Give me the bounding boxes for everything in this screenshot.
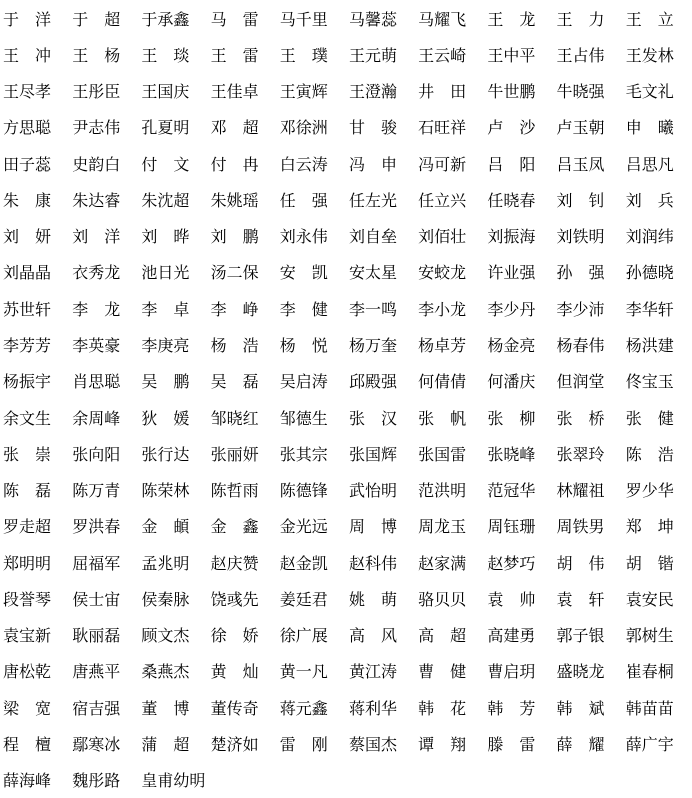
name-cell: 袁 帅 — [487, 587, 556, 610]
name-cell: 史韵白 — [72, 152, 141, 175]
name-cell: 金 鑫 — [211, 514, 280, 537]
name-cell: 刘 钊 — [557, 188, 626, 211]
name-cell: 蒲 超 — [141, 732, 210, 755]
name-cell: 井 田 — [418, 79, 487, 102]
name-cell: 赵科伟 — [349, 551, 418, 574]
name-cell: 张国辉 — [349, 442, 418, 465]
name-cell: 牛晓强 — [557, 79, 626, 102]
name-cell: 黄 灿 — [211, 659, 280, 682]
name-cell: 卢 沙 — [487, 115, 556, 138]
name-cell: 王 冲 — [3, 43, 72, 66]
name-cell: 郑明明 — [3, 551, 72, 574]
name-cell: 王占伟 — [557, 43, 626, 66]
name-cell: 冯可新 — [418, 152, 487, 175]
name-cell: 李一鸣 — [349, 297, 418, 320]
name-cell: 安蛟龙 — [418, 260, 487, 283]
name-cell: 胡 伟 — [557, 551, 626, 574]
name-cell: 刘 晔 — [141, 224, 210, 247]
name-cell: 唐燕平 — [72, 659, 141, 682]
name-cell: 余周峰 — [72, 406, 141, 429]
name-cell: 徐 娇 — [211, 623, 280, 646]
name-cell: 陈荣林 — [141, 478, 210, 501]
name-cell: 王 龙 — [487, 7, 556, 30]
name-cell: 赵庆赞 — [211, 551, 280, 574]
name-cell: 刘自垒 — [349, 224, 418, 247]
name-cell: 顾文杰 — [141, 623, 210, 646]
name-cell: 刘佰壮 — [418, 224, 487, 247]
name-cell: 任立兴 — [418, 188, 487, 211]
name-cell: 李少丹 — [487, 297, 556, 320]
name-cell: 张向阳 — [72, 442, 141, 465]
name-cell: 金光远 — [280, 514, 349, 537]
name-cell: 马 雷 — [211, 7, 280, 30]
name-cell: 高 超 — [418, 623, 487, 646]
name-cell: 申 曦 — [626, 115, 692, 138]
name-cell: 周龙玉 — [418, 514, 487, 537]
name-cell: 邹德生 — [280, 406, 349, 429]
name-cell: 程 檀 — [3, 732, 72, 755]
name-cell: 但润堂 — [557, 369, 626, 392]
name-cell: 周铁男 — [557, 514, 626, 537]
name-cell: 杨振宇 — [3, 369, 72, 392]
name-cell: 李小龙 — [418, 297, 487, 320]
name-cell: 周 博 — [349, 514, 418, 537]
name-cell: 高建勇 — [487, 623, 556, 646]
name-cell: 汤二保 — [211, 260, 280, 283]
name-cell: 梁 宽 — [3, 696, 72, 719]
name-cell: 皇甫幼明 — [141, 768, 210, 791]
name-cell: 刘铁明 — [557, 224, 626, 247]
name-cell: 周钰珊 — [487, 514, 556, 537]
name-cell: 王 璞 — [280, 43, 349, 66]
name-cell: 王寅辉 — [280, 79, 349, 102]
name-cell: 段誉琴 — [3, 587, 72, 610]
name-cell: 方思聪 — [3, 115, 72, 138]
name-cell: 刘振海 — [487, 224, 556, 247]
name-row: 苏世轩李 龙李 卓李 峥李 健李一鸣李小龙李少丹李少沛李华轩 — [3, 290, 692, 326]
name-cell: 袁 轩 — [557, 587, 626, 610]
name-cell: 田子蕊 — [3, 152, 72, 175]
name-row: 杨振宇肖思聪吴 鹏吴 磊吴启涛邱殿强何倩倩何潘庆但润堂佟宝玉 — [3, 363, 692, 399]
name-cell: 孟兆明 — [141, 551, 210, 574]
name-cell: 衣秀龙 — [72, 260, 141, 283]
name-cell: 马千里 — [280, 7, 349, 30]
name-row: 唐松乾唐燕平桑燕杰黄 灿黄一凡黄江涛曹 健曹启玥盛晓龙崔春桐 — [3, 653, 692, 689]
name-cell: 范冠华 — [487, 478, 556, 501]
name-cell: 姜廷君 — [280, 587, 349, 610]
name-cell: 任左光 — [349, 188, 418, 211]
name-cell: 赵金凯 — [280, 551, 349, 574]
name-row: 郑明明屈福军孟兆明赵庆赞赵金凯赵科伟赵家满赵梦巧胡 伟胡 锴 — [3, 544, 692, 580]
name-cell: 李英豪 — [72, 333, 141, 356]
name-cell: 韩苗苗 — [626, 696, 692, 719]
name-cell: 陈哲雨 — [211, 478, 280, 501]
name-cell: 孙 强 — [557, 260, 626, 283]
name-cell: 邹晓红 — [211, 406, 280, 429]
name-cell: 郭树生 — [626, 623, 692, 646]
name-row: 方思聪尹志伟孔夏明邓 超邓徐洲甘 骏石旺祥卢 沙卢玉朝申 曦 — [3, 109, 692, 145]
name-cell: 王 琰 — [141, 43, 210, 66]
name-cell: 滕 雷 — [487, 732, 556, 755]
name-cell: 罗走超 — [3, 514, 72, 537]
name-cell: 郑 坤 — [626, 514, 692, 537]
name-cell: 唐松乾 — [3, 659, 72, 682]
name-cell: 王尽孝 — [3, 79, 72, 102]
name-cell: 孔夏明 — [141, 115, 210, 138]
name-cell: 李 峥 — [211, 297, 280, 320]
name-row: 朱 康朱达睿朱沈超朱姚瑶任 强任左光任立兴任晓春刘 钊刘 兵 — [3, 181, 692, 217]
name-cell: 韩 斌 — [557, 696, 626, 719]
name-cell: 赵家满 — [418, 551, 487, 574]
name-cell: 骆贝贝 — [418, 587, 487, 610]
name-cell: 于 洋 — [3, 7, 72, 30]
name-cell: 林耀祖 — [557, 478, 626, 501]
name-cell: 肖思聪 — [72, 369, 141, 392]
name-cell: 罗洪春 — [72, 514, 141, 537]
name-cell: 姚 萌 — [349, 587, 418, 610]
name-cell: 桑燕杰 — [141, 659, 210, 682]
name-cell: 马馨蕊 — [349, 7, 418, 30]
name-cell: 武怡明 — [349, 478, 418, 501]
name-cell: 刘 洋 — [72, 224, 141, 247]
name-cell: 楚济如 — [211, 732, 280, 755]
name-cell: 朱达睿 — [72, 188, 141, 211]
name-cell: 陈德锋 — [280, 478, 349, 501]
name-cell: 卢玉朝 — [557, 115, 626, 138]
name-cell: 魏彤路 — [72, 768, 141, 791]
name-row: 梁 宽宿吉强董 博董传奇蒋元鑫蒋利华韩 花韩 芳韩 斌韩苗苗 — [3, 689, 692, 725]
name-cell: 董 博 — [141, 696, 210, 719]
name-cell: 吴启涛 — [280, 369, 349, 392]
name-grid: 于 洋于 超于承鑫马 雷马千里马馨蕊马耀飞王 龙王 力王 立王 冲王 杨王 琰王… — [0, 0, 692, 798]
name-cell: 邓 超 — [211, 115, 280, 138]
name-cell: 刘 鹏 — [211, 224, 280, 247]
name-cell: 何倩倩 — [418, 369, 487, 392]
name-cell: 王彤臣 — [72, 79, 141, 102]
name-cell: 袁安民 — [626, 587, 692, 610]
name-cell: 付 冉 — [211, 152, 280, 175]
name-list-page: 于 洋于 超于承鑫马 雷马千里马馨蕊马耀飞王 龙王 力王 立王 冲王 杨王 琰王… — [0, 0, 692, 798]
name-row: 余文生余周峰狄 媛邹晓红邹德生张 汉张 帆张 柳张 桥张 健 — [3, 399, 692, 435]
name-cell: 狄 媛 — [141, 406, 210, 429]
name-cell: 黄江涛 — [349, 659, 418, 682]
name-cell: 张国雷 — [418, 442, 487, 465]
name-cell: 郭子银 — [557, 623, 626, 646]
name-cell: 李芳芳 — [3, 333, 72, 356]
name-row: 陈 磊陈万青陈荣林陈哲雨陈德锋武怡明范洪明范冠华林耀祖罗少华 — [3, 471, 692, 507]
name-cell: 李庚亮 — [141, 333, 210, 356]
name-cell: 刘晶晶 — [3, 260, 72, 283]
name-cell: 曹 健 — [418, 659, 487, 682]
name-cell: 于 超 — [72, 7, 141, 30]
name-cell: 徐广展 — [280, 623, 349, 646]
name-cell: 王 力 — [557, 7, 626, 30]
name-cell: 张丽妍 — [211, 442, 280, 465]
name-cell: 薛广宇 — [626, 732, 692, 755]
name-cell: 朱姚瑶 — [211, 188, 280, 211]
name-cell: 陈万青 — [72, 478, 141, 501]
name-cell: 张其宗 — [280, 442, 349, 465]
name-cell: 安太星 — [349, 260, 418, 283]
name-row: 袁宝新耿丽磊顾文杰徐 娇徐广展高 风高 超高建勇郭子银郭树生 — [3, 617, 692, 653]
name-cell: 张 帆 — [418, 406, 487, 429]
name-cell: 侯士宙 — [72, 587, 141, 610]
name-cell: 杨卓芳 — [418, 333, 487, 356]
name-cell: 张 健 — [626, 406, 692, 429]
name-cell: 李少沛 — [557, 297, 626, 320]
name-cell: 苏世轩 — [3, 297, 72, 320]
name-cell: 董传奇 — [211, 696, 280, 719]
name-cell: 蒋元鑫 — [280, 696, 349, 719]
name-cell: 朱 康 — [3, 188, 72, 211]
name-cell: 饶彧先 — [211, 587, 280, 610]
name-cell: 任 强 — [280, 188, 349, 211]
name-cell: 许业强 — [487, 260, 556, 283]
name-cell: 尹志伟 — [72, 115, 141, 138]
name-cell: 吴 鹏 — [141, 369, 210, 392]
name-cell: 吴 磊 — [211, 369, 280, 392]
name-cell: 王云崎 — [418, 43, 487, 66]
name-cell: 王 雷 — [211, 43, 280, 66]
name-cell: 王发林 — [626, 43, 692, 66]
name-cell: 王元萌 — [349, 43, 418, 66]
name-cell: 吕 阳 — [487, 152, 556, 175]
name-cell: 王国庆 — [141, 79, 210, 102]
name-cell: 范洪明 — [418, 478, 487, 501]
name-cell: 盛晓龙 — [557, 659, 626, 682]
name-cell: 雷 刚 — [280, 732, 349, 755]
name-row: 段誉琴侯士宙侯秦脉饶彧先姜廷君姚 萌骆贝贝袁 帅袁 轩袁安民 — [3, 580, 692, 616]
name-cell: 黄一凡 — [280, 659, 349, 682]
name-cell: 佟宝玉 — [626, 369, 692, 392]
name-cell: 韩 花 — [418, 696, 487, 719]
name-cell: 杨 悦 — [280, 333, 349, 356]
name-cell: 陈 浩 — [626, 442, 692, 465]
name-cell: 冯 申 — [349, 152, 418, 175]
name-cell: 张 崇 — [3, 442, 72, 465]
name-cell: 余文生 — [3, 406, 72, 429]
name-cell: 刘 兵 — [626, 188, 692, 211]
name-cell: 吕玉凤 — [557, 152, 626, 175]
name-cell: 侯秦脉 — [141, 587, 210, 610]
name-cell: 高 风 — [349, 623, 418, 646]
name-cell: 甘 骏 — [349, 115, 418, 138]
name-cell: 张翠玲 — [557, 442, 626, 465]
name-cell: 孙德晓 — [626, 260, 692, 283]
name-cell: 张 桥 — [557, 406, 626, 429]
name-row: 刘晶晶衣秀龙池日光汤二保安 凯安太星安蛟龙许业强孙 强孙德晓 — [3, 254, 692, 290]
name-cell: 安 凯 — [280, 260, 349, 283]
name-cell: 蔡国杰 — [349, 732, 418, 755]
name-cell: 池日光 — [141, 260, 210, 283]
name-cell: 王中平 — [487, 43, 556, 66]
name-cell: 杨 浩 — [211, 333, 280, 356]
name-cell: 邓徐洲 — [280, 115, 349, 138]
name-row: 程 檀鄢寒冰蒲 超楚济如雷 刚蔡国杰谭 翔滕 雷薛 耀薛广宇 — [3, 725, 692, 761]
name-cell: 王 立 — [626, 7, 692, 30]
name-cell: 王 杨 — [72, 43, 141, 66]
name-cell: 赵梦巧 — [487, 551, 556, 574]
name-row: 薛海峰魏彤路皇甫幼明 — [3, 762, 692, 798]
name-cell: 李 健 — [280, 297, 349, 320]
name-cell: 曹启玥 — [487, 659, 556, 682]
name-row: 田子蕊史韵白付 文付 冉白云涛冯 申冯可新吕 阳吕玉凤吕思凡 — [3, 145, 692, 181]
name-cell: 张行达 — [141, 442, 210, 465]
name-cell: 牛世鹏 — [487, 79, 556, 102]
name-cell: 白云涛 — [280, 152, 349, 175]
name-row: 王 冲王 杨王 琰王 雷王 璞王元萌王云崎王中平王占伟王发林 — [3, 36, 692, 72]
name-row: 刘 妍刘 洋刘 晔刘 鹏刘永伟刘自垒刘佰壮刘振海刘铁明刘润纬 — [3, 218, 692, 254]
name-row: 罗走超罗洪春金 頔金 鑫金光远周 博周龙玉周钰珊周铁男郑 坤 — [3, 508, 692, 544]
name-cell: 谭 翔 — [418, 732, 487, 755]
name-cell: 鄢寒冰 — [72, 732, 141, 755]
name-cell: 付 文 — [141, 152, 210, 175]
name-cell: 杨洪建 — [626, 333, 692, 356]
name-cell: 刘永伟 — [280, 224, 349, 247]
name-cell: 蒋利华 — [349, 696, 418, 719]
name-cell: 薛 耀 — [557, 732, 626, 755]
name-cell: 张 柳 — [487, 406, 556, 429]
name-cell: 石旺祥 — [418, 115, 487, 138]
name-cell: 于承鑫 — [141, 7, 210, 30]
name-cell: 刘润纬 — [626, 224, 692, 247]
name-cell: 何潘庆 — [487, 369, 556, 392]
name-cell: 杨春伟 — [557, 333, 626, 356]
name-cell: 张晓峰 — [487, 442, 556, 465]
name-cell: 薛海峰 — [3, 768, 72, 791]
name-cell: 崔春桐 — [626, 659, 692, 682]
name-cell: 罗少华 — [626, 478, 692, 501]
name-cell: 金 頔 — [141, 514, 210, 537]
name-cell: 宿吉强 — [72, 696, 141, 719]
name-cell: 张 汉 — [349, 406, 418, 429]
name-cell: 毛文礼 — [626, 79, 692, 102]
name-cell: 朱沈超 — [141, 188, 210, 211]
name-row: 王尽孝王彤臣王国庆王佳卓王寅辉王澄瀚井 田牛世鹏牛晓强毛文礼 — [3, 73, 692, 109]
name-cell: 邱殿强 — [349, 369, 418, 392]
name-cell: 李 龙 — [72, 297, 141, 320]
name-cell: 刘 妍 — [3, 224, 72, 247]
name-cell: 耿丽磊 — [72, 623, 141, 646]
name-cell: 任晓春 — [487, 188, 556, 211]
name-row: 张 崇张向阳张行达张丽妍张其宗张国辉张国雷张晓峰张翠玲陈 浩 — [3, 435, 692, 471]
name-cell: 胡 锴 — [626, 551, 692, 574]
name-cell: 袁宝新 — [3, 623, 72, 646]
name-cell: 王澄瀚 — [349, 79, 418, 102]
name-cell: 王佳卓 — [211, 79, 280, 102]
name-cell: 韩 芳 — [487, 696, 556, 719]
name-cell: 屈福军 — [72, 551, 141, 574]
name-row: 李芳芳李英豪李庚亮杨 浩杨 悦杨万奎杨卓芳杨金亮杨春伟杨洪建 — [3, 326, 692, 362]
name-cell: 李华轩 — [626, 297, 692, 320]
name-cell: 马耀飞 — [418, 7, 487, 30]
name-cell: 陈 磊 — [3, 478, 72, 501]
name-cell: 杨万奎 — [349, 333, 418, 356]
name-cell: 杨金亮 — [487, 333, 556, 356]
name-cell: 吕思凡 — [626, 152, 692, 175]
name-row: 于 洋于 超于承鑫马 雷马千里马馨蕊马耀飞王 龙王 力王 立 — [3, 0, 692, 36]
name-cell: 李 卓 — [141, 297, 210, 320]
